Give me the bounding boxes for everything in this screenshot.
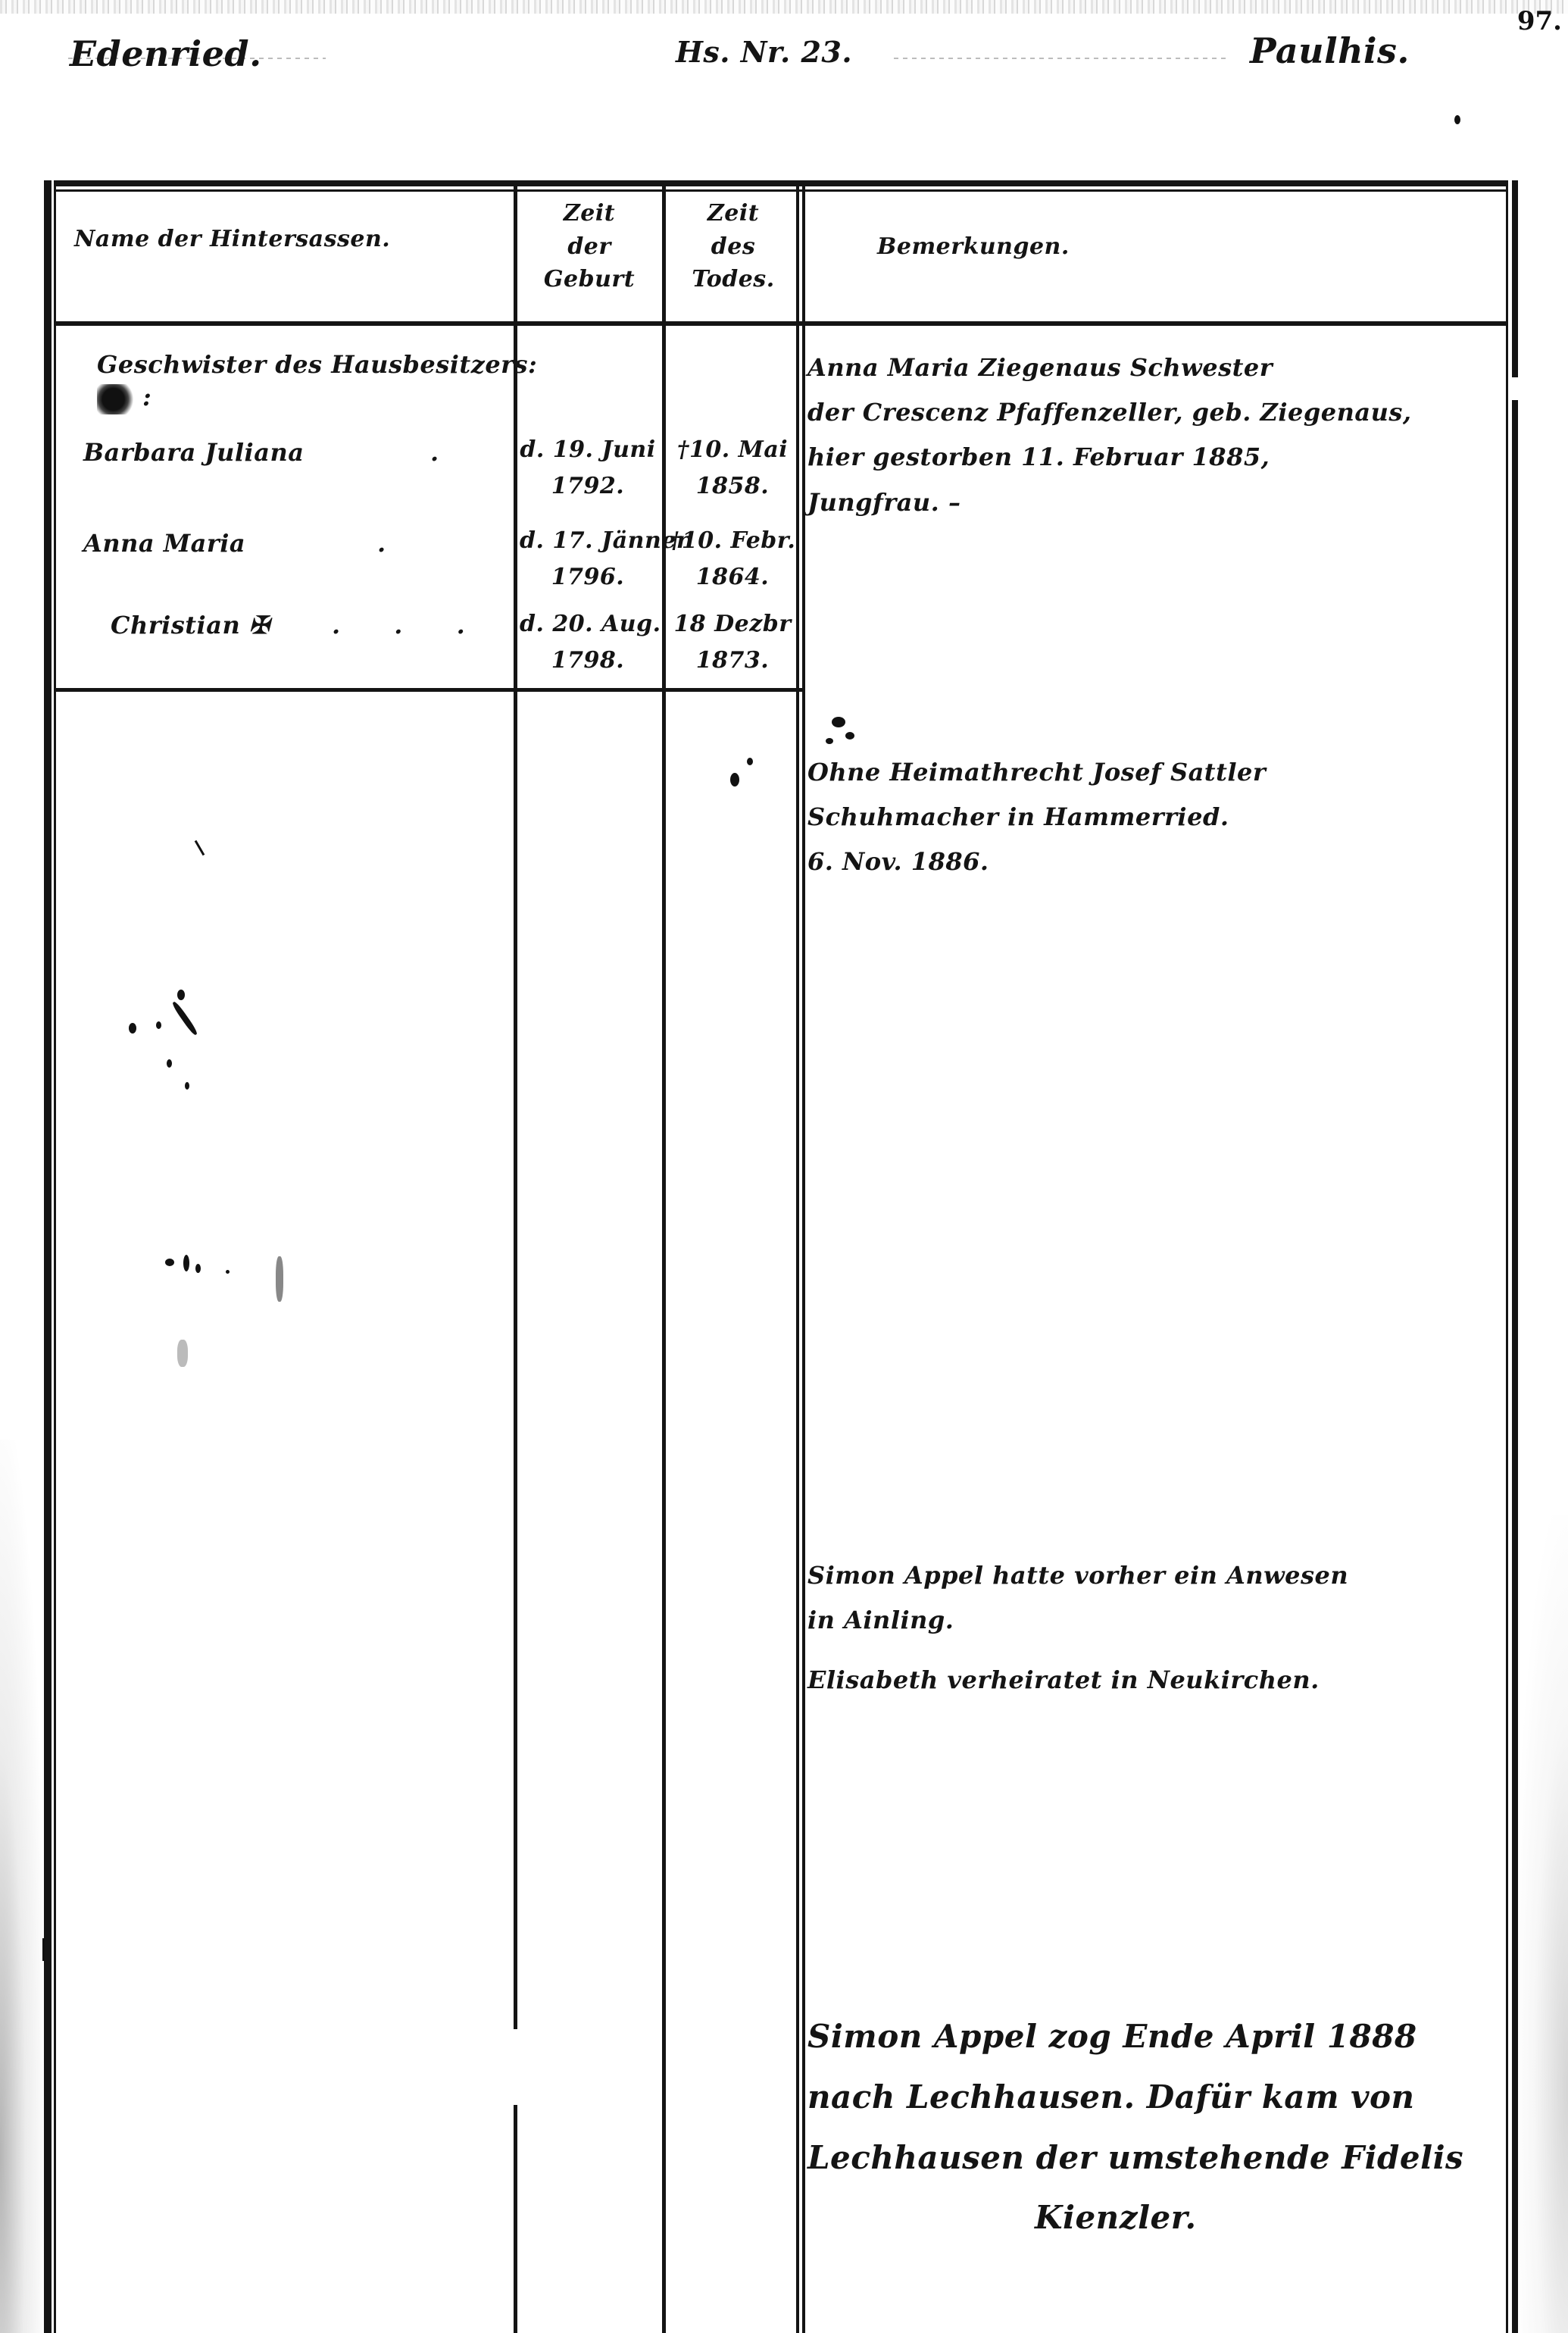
register-table: Name der Hintersassen. Zeit der Geburt Z…: [44, 180, 1526, 2333]
ink-speck: [747, 758, 753, 765]
remark-line: hier gestorben 11. Februar 1885,: [807, 435, 1504, 480]
sibling-name: Barbara Juliana: [83, 438, 304, 467]
birth-year: 1798.: [520, 643, 656, 679]
name-leader-dots: .: [430, 438, 461, 467]
ink-speck: [226, 1270, 230, 1274]
ink-speck: [167, 1059, 172, 1068]
page-number: 97.: [1517, 6, 1562, 36]
column-divider-name-birth: [514, 180, 517, 2333]
ink-smudge: [177, 1340, 188, 1367]
line-gap: [1509, 377, 1520, 400]
remark-line: Lechhausen der umstehende Fidelis: [807, 2128, 1504, 2188]
ink-speck: [845, 732, 854, 740]
death-year: 1864.: [667, 559, 798, 596]
birth-day-month: d. 20. Aug.: [520, 606, 656, 643]
sibling-name: Anna Maria: [83, 529, 245, 558]
ink-tick: [195, 840, 205, 856]
remark-line: Jungfrau. –: [807, 480, 1504, 525]
ink-speck: [183, 1255, 189, 1271]
header-house-number: Hs. Nr. 23.: [676, 35, 852, 69]
ink-streak: [171, 1000, 198, 1036]
ink-smudge: [276, 1256, 283, 1302]
column-header-birth-line: Zeit: [529, 197, 650, 230]
remark-line: Simon Appel zog Ende April 1888: [807, 2006, 1504, 2067]
ink-tick: [42, 1938, 45, 1961]
ink-blot: [97, 384, 138, 414]
remark-line: der Crescenz Pfaffenzeller, geb. Ziegena…: [807, 390, 1504, 435]
remark-line: Elisabeth verheiratet in Neukirchen.: [807, 1658, 1504, 1703]
header-dotted-rule: [894, 58, 1227, 59]
header-house-name: Paulhis.: [1250, 30, 1410, 71]
ink-speck: [185, 1082, 189, 1090]
death-date-cell: †10. Mai 1858.: [667, 432, 798, 505]
remark-sattler: Ohne Heimathrecht Josef Sattler Schuhmac…: [807, 750, 1504, 885]
birth-date-cell: d. 17. Jänner 1796.: [520, 523, 656, 596]
remark-elisabeth: Elisabeth verheiratet in Neukirchen.: [807, 1658, 1504, 1703]
ink-speck: [177, 990, 185, 1000]
birth-day-month: d. 17. Jänner: [520, 523, 656, 559]
column-header-death: Zeit des Todes.: [673, 197, 794, 296]
table-left-border: [44, 180, 52, 2333]
column-header-death-line: des: [673, 230, 794, 264]
remark-line: Ohne Heimathrecht Josef Sattler: [807, 750, 1504, 795]
remark-line: Kienzler.: [807, 2188, 1504, 2248]
ink-speck: [195, 1264, 201, 1273]
header-place: Edenried.: [70, 33, 262, 74]
remark-line: Schuhmacher in Hammerried.: [807, 795, 1504, 840]
scan-edge-noise-top: [0, 0, 1568, 14]
death-year: 1873.: [667, 643, 798, 679]
remark-line: in Ainling.: [807, 1598, 1504, 1643]
ink-speck: [826, 738, 833, 744]
death-day-month: †10. Mai: [667, 432, 798, 468]
column-header-death-line: Todes.: [673, 263, 794, 296]
group-heading-obscured: :: [97, 381, 537, 414]
column-header-name: Name der Hintersassen.: [74, 223, 390, 256]
birth-date-cell: d. 19. Juni 1792.: [520, 432, 656, 505]
birth-date-cell: d. 20. Aug. 1798.: [520, 606, 656, 679]
ink-speck: [165, 1259, 174, 1266]
birth-day-month: d. 19. Juni: [520, 432, 656, 468]
column-divider-birth-death: [662, 180, 666, 2333]
column-header-death-line: Zeit: [673, 197, 794, 230]
ink-speck: [730, 773, 739, 787]
ink-speck: [1454, 115, 1460, 124]
remark-line: nach Lechhausen. Dafür kam von: [807, 2067, 1504, 2128]
remark-line: Anna Maria Ziegenaus Schwester: [807, 346, 1504, 390]
birth-year: 1796.: [520, 559, 656, 596]
group-heading-text: Geschwister des Hausbesitzers:: [97, 349, 537, 381]
column-header-birth: Zeit der Geburt: [529, 197, 650, 296]
death-year: 1858.: [667, 468, 798, 505]
remark-line: Simon Appel hatte vorher ein Anwesen: [807, 1553, 1504, 1598]
siblings-row-border: [44, 688, 804, 692]
remark-move-lechhausen: Simon Appel zog Ende April 1888 nach Lec…: [807, 2006, 1504, 2248]
remark-anna-maria: Anna Maria Ziegenaus Schwester der Cresc…: [807, 346, 1504, 525]
header-row-border: [44, 321, 1518, 326]
birth-year: 1792.: [520, 468, 656, 505]
sibling-name: Christian ✠: [111, 611, 270, 640]
death-date-cell: †10. Febr. 1864.: [667, 523, 798, 596]
group-heading-siblings: Geschwister des Hausbesitzers: :: [97, 349, 537, 414]
death-date-cell: 18 Dezbr 1873.: [667, 606, 798, 679]
line-gap: [511, 2029, 519, 2105]
death-day-month: †10. Febr.: [667, 523, 798, 559]
column-header-birth-line: Geburt: [529, 263, 650, 296]
table-top-border: [44, 180, 1518, 186]
ink-speck: [129, 1023, 136, 1034]
column-header-remarks: Bemerkungen.: [877, 230, 1070, 264]
remark-line: 6. Nov. 1886.: [807, 840, 1504, 884]
scan-edge-noise-left: [0, 1440, 45, 2333]
table-right-border: [1512, 180, 1518, 2333]
name-leader-dots: .: [377, 529, 408, 558]
name-leader-dots: . . .: [332, 611, 488, 640]
death-day-month: 18 Dezbr: [667, 606, 798, 643]
remark-appel: Simon Appel hatte vorher ein Anwesen in …: [807, 1553, 1504, 1643]
ink-speck: [832, 717, 845, 727]
ink-speck: [156, 1021, 161, 1029]
column-header-birth-line: der: [529, 230, 650, 264]
